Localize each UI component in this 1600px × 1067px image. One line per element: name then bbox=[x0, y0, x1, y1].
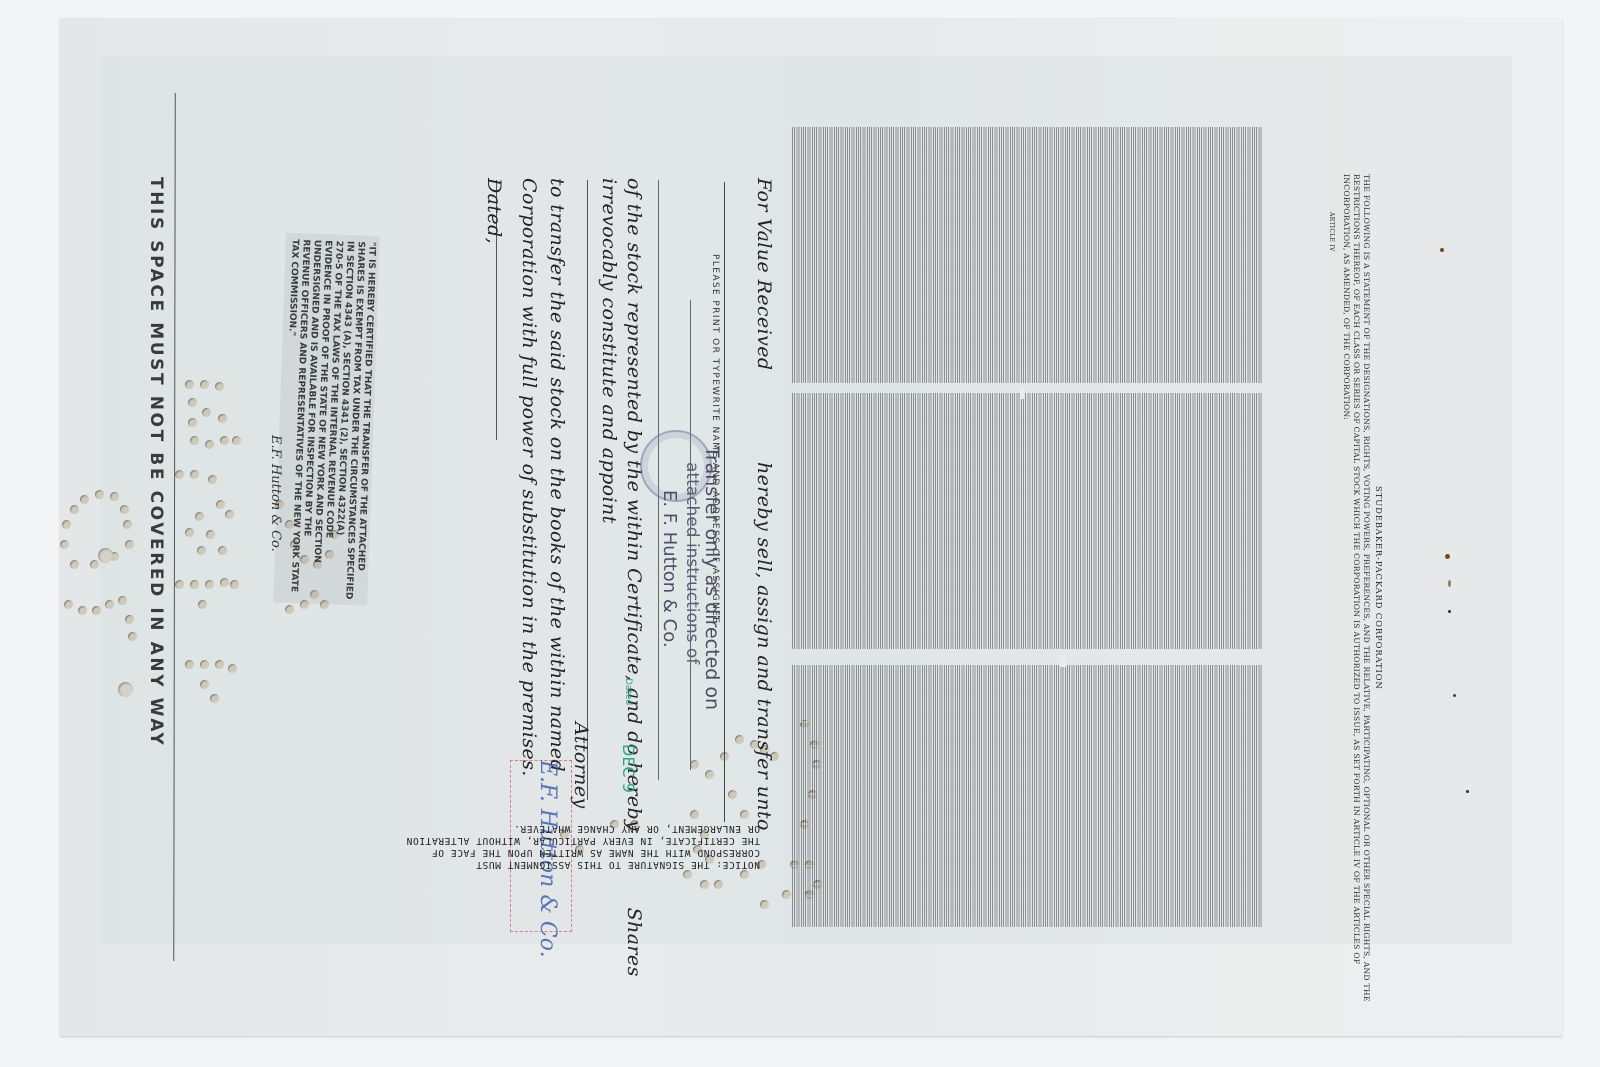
rust-spot bbox=[1453, 694, 1456, 697]
perforation-hole bbox=[188, 398, 197, 407]
perforation-hole bbox=[232, 436, 241, 445]
perforation-hole bbox=[80, 495, 89, 504]
perforation-hole bbox=[705, 770, 714, 779]
attorney-word: Attorney bbox=[570, 722, 592, 809]
teal-date-stamp: DEC 9 bbox=[619, 744, 638, 793]
perforation-hole bbox=[188, 418, 197, 427]
perforation-hole bbox=[110, 492, 119, 501]
perforation-hole bbox=[105, 600, 114, 609]
perforation-hole bbox=[218, 414, 227, 423]
perforation-hole bbox=[200, 680, 209, 689]
perforation-hole bbox=[220, 578, 229, 587]
perforation-hole bbox=[198, 600, 207, 609]
rust-spot bbox=[1448, 610, 1451, 613]
perforation-hole bbox=[190, 580, 199, 589]
perforation-hole bbox=[200, 660, 209, 669]
broker-stamp: E. F. Hutton & Co. bbox=[659, 490, 680, 648]
rust-spot bbox=[1466, 790, 1469, 793]
assignee-rule-1 bbox=[724, 182, 725, 822]
rust-spot bbox=[1448, 580, 1451, 587]
perforation-hole bbox=[125, 615, 134, 624]
perforation-hole bbox=[175, 580, 184, 589]
perforation-hole bbox=[195, 512, 204, 521]
perforation-hole bbox=[92, 606, 101, 615]
attorney-rule bbox=[587, 180, 588, 800]
perforation-hole bbox=[230, 580, 239, 589]
perforation-hole bbox=[690, 810, 699, 819]
article-iv-label: ARTICLE IV bbox=[1326, 212, 1336, 252]
perforation-hole bbox=[225, 510, 234, 519]
perforation-hole bbox=[64, 600, 73, 609]
transfer-instructions-stamp: attached instructions of bbox=[682, 462, 702, 664]
perforation-hole bbox=[190, 470, 199, 479]
perforation-hole bbox=[70, 560, 79, 569]
irrevocably-line: irrevocably constitute and appoint bbox=[598, 178, 620, 524]
perforation-hole bbox=[62, 520, 71, 529]
perforation-hole bbox=[216, 500, 225, 509]
perforation-hole bbox=[740, 870, 749, 879]
perforation-hole bbox=[735, 735, 744, 744]
perforation-hole bbox=[200, 380, 209, 389]
perforation-hole bbox=[202, 408, 211, 417]
punch-hole bbox=[118, 682, 133, 697]
perforation-hole bbox=[208, 475, 217, 484]
perforation-hole bbox=[714, 880, 723, 889]
perforation-hole bbox=[190, 436, 199, 445]
perforation-hole bbox=[728, 790, 737, 799]
perforation-hole bbox=[123, 520, 132, 529]
hereby-sell-line: hereby sell, assign and transfer unto bbox=[753, 462, 775, 831]
transfer-line: to transfer the said stock on the books … bbox=[546, 178, 568, 772]
perforation-hole bbox=[78, 606, 87, 615]
perforation-hole bbox=[220, 436, 229, 445]
perforation-hole bbox=[118, 596, 127, 605]
signature-notice: NOTICE: THE SIGNATURE TO THIS ASSIGNMENT… bbox=[406, 822, 760, 870]
article-text-block-top bbox=[792, 127, 1262, 383]
perforation-hole bbox=[228, 664, 237, 673]
transfer-restriction-stamp: Transfer only as directed on bbox=[701, 446, 723, 710]
perforation-hole bbox=[683, 870, 692, 879]
articles-header: STUDEBAKER-PACKARD CORPORATION THE FOLLO… bbox=[1341, 174, 1383, 1002]
for-value-received: For Value Received bbox=[753, 178, 775, 370]
margin-warning: THIS SPACE MUST NOT BE COVERED IN ANY WA… bbox=[146, 177, 166, 747]
perforation-hole bbox=[128, 632, 137, 641]
stamp-signature: E.F. Hutton & Co. bbox=[268, 435, 283, 552]
perforation-hole bbox=[760, 900, 769, 909]
perforation-hole bbox=[90, 560, 99, 569]
rust-spot bbox=[1445, 554, 1450, 559]
article-text-block-bottom bbox=[792, 665, 1262, 927]
perforation-hole bbox=[185, 528, 194, 537]
teal-dated-stamp: Dated bbox=[623, 678, 633, 705]
perforation-hole bbox=[185, 380, 194, 389]
perforation-hole bbox=[285, 605, 294, 614]
perforation-hole bbox=[206, 530, 215, 539]
tax-exemption-stamp: "IT IS HEREBY CERTIFIED THAT THE TRANSFE… bbox=[273, 233, 380, 606]
corporation-line: Corporation with full power of substitut… bbox=[518, 178, 540, 777]
perforation-hole bbox=[740, 810, 749, 819]
perforation-hole bbox=[197, 546, 206, 555]
perforation-hole bbox=[120, 505, 129, 514]
dated-label: Dated, bbox=[483, 178, 505, 244]
perforation-hole bbox=[205, 580, 214, 589]
perforation-hole bbox=[185, 660, 194, 669]
perforation-hole bbox=[70, 505, 79, 514]
perforation-hole bbox=[210, 694, 219, 703]
perforation-hole bbox=[690, 760, 699, 769]
perforation-hole bbox=[782, 890, 791, 899]
perforation-hole bbox=[205, 440, 214, 449]
perforation-hole bbox=[215, 660, 224, 669]
perforation-hole bbox=[215, 382, 224, 391]
perforation-hole bbox=[218, 546, 227, 555]
rust-spot bbox=[1440, 248, 1444, 252]
article-text-block-middle bbox=[792, 393, 1262, 649]
perforation-hole bbox=[700, 880, 709, 889]
punch-hole bbox=[98, 548, 113, 563]
perforation-hole bbox=[125, 540, 134, 549]
perforation-hole bbox=[95, 490, 104, 499]
perforation-hole bbox=[175, 470, 184, 479]
perforation-hole bbox=[60, 540, 69, 549]
